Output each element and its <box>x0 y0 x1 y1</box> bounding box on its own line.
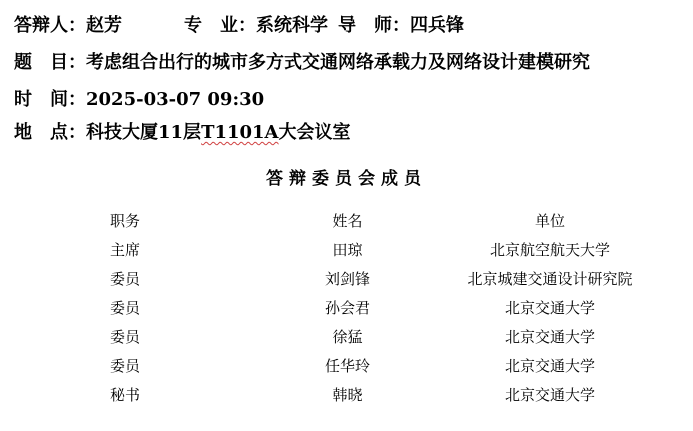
member-name: 任华玲 <box>245 351 450 380</box>
location-room: T1101A <box>201 122 278 144</box>
member-name: 田琼 <box>245 235 450 264</box>
advisor-name: 四兵锋 <box>410 15 464 37</box>
time-label: 时 间： <box>14 89 86 111</box>
header-role: 职务 <box>82 206 245 235</box>
defender-name: 赵芳 <box>86 15 122 37</box>
member-org: 北京交通大学 <box>450 322 650 351</box>
table-row: 委员 徐猛 北京交通大学 <box>82 322 650 351</box>
member-name: 徐猛 <box>245 322 450 351</box>
header-org: 单位 <box>450 206 650 235</box>
committee-table: 职务 姓名 单位 主席 田琼 北京航空航天大学 委员 刘剑锋 北京城建交通设计研… <box>82 206 650 409</box>
member-org: 北京航空航天大学 <box>450 235 650 264</box>
member-name: 韩晓 <box>245 380 450 409</box>
member-role: 委员 <box>82 264 245 293</box>
member-name: 刘剑锋 <box>245 264 450 293</box>
member-org: 北京交通大学 <box>450 293 650 322</box>
major-value: 系统科学 <box>256 15 328 37</box>
member-org: 北京交通大学 <box>450 351 650 380</box>
table-row: 委员 刘剑锋 北京城建交通设计研究院 <box>82 264 650 293</box>
member-role: 委员 <box>82 322 245 351</box>
major-label: 专 业： <box>184 15 256 37</box>
location-line: 地 点：科技大厦11层T1101A大会议室 <box>14 122 351 144</box>
header-name: 姓名 <box>245 206 450 235</box>
committee-title-text: 答辩委员会成员 <box>116 164 427 189</box>
table-row: 委员 孙会君 北京交通大学 <box>82 293 650 322</box>
table-row: 秘书 韩晓 北京交通大学 <box>82 380 650 409</box>
member-org: 北京交通大学 <box>450 380 650 409</box>
defender-line: 答辩人：赵芳专 业：系统科学导 师：四兵锋 <box>14 15 464 37</box>
table-header-row: 职务 姓名 单位 <box>82 206 650 235</box>
member-role: 主席 <box>82 235 245 264</box>
table-row: 主席 田琼 北京航空航天大学 <box>82 235 650 264</box>
time-value: 2025-03-07 09:30 <box>86 89 264 111</box>
thesis-title-line: 题 目：考虑组合出行的城市多方式交通网络承载力及网络设计建模研究 <box>14 52 590 74</box>
thesis-title: 考虑组合出行的城市多方式交通网络承载力及网络设计建模研究 <box>86 52 590 74</box>
member-role: 委员 <box>82 293 245 322</box>
committee-title: 答辩委员会成员 <box>0 164 693 189</box>
member-name: 孙会君 <box>245 293 450 322</box>
member-role: 委员 <box>82 351 245 380</box>
location-label: 地 点： <box>14 122 86 144</box>
table-row: 委员 任华玲 北京交通大学 <box>82 351 650 380</box>
title-label: 题 目： <box>14 52 86 74</box>
member-org: 北京城建交通设计研究院 <box>450 264 650 293</box>
member-role: 秘书 <box>82 380 245 409</box>
advisor-label: 导 师： <box>338 15 410 37</box>
defender-label: 答辩人： <box>14 15 86 37</box>
time-line: 时 间：2025-03-07 09:30 <box>14 89 264 111</box>
location-prefix: 科技大厦11层 <box>86 122 201 144</box>
location-suffix: 大会议室 <box>279 122 351 144</box>
